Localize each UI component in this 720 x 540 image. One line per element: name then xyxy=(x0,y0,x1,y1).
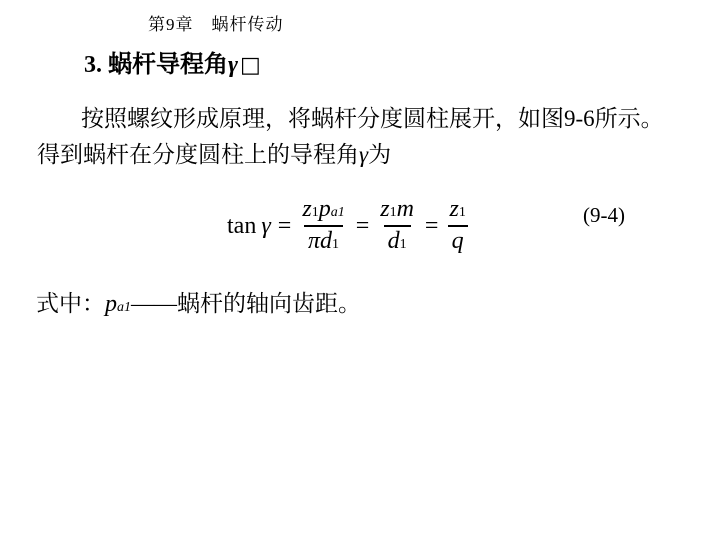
paragraph-line-1: 按照螺纹形成原理，将蜗杆分度圆柱展开，如图9-6所示。 xyxy=(81,100,664,133)
section-heading: 3. 蜗杆导程角γ□ xyxy=(84,44,261,79)
slide: 第9章 蜗杆传动 3. 蜗杆导程角γ□ 按照螺纹形成原理，将蜗杆分度圆柱展开，如… xyxy=(0,0,720,540)
equals-sign: = xyxy=(278,213,292,240)
fraction-3-denominator: q xyxy=(448,225,468,256)
var-z-subscript: 1 xyxy=(390,205,397,220)
equals-sign: = xyxy=(425,213,439,240)
fraction-1-denominator: πd1 xyxy=(304,225,343,256)
var-d: d xyxy=(388,228,400,254)
var-d-subscript: 1 xyxy=(400,237,407,252)
gamma-symbol: γ xyxy=(359,142,368,167)
paragraph-line-2-text: 得到蜗杆在分度圆柱上的导程角 xyxy=(37,142,359,167)
where-clause: 式中：pa1——蜗杆的轴向齿距。 xyxy=(36,285,361,318)
var-z: z xyxy=(380,196,389,222)
var-m: m xyxy=(397,196,414,222)
where-prefix: 式中： xyxy=(36,291,105,316)
missing-glyph-box: □ xyxy=(240,53,261,78)
var-p-subscript: a1 xyxy=(117,300,131,315)
var-p-subscript: a1 xyxy=(331,205,345,220)
gamma-symbol: γ xyxy=(228,52,238,78)
var-p: p xyxy=(319,196,331,222)
fraction-2-numerator: z1m xyxy=(376,196,418,225)
fraction-3: z1 q xyxy=(445,196,469,255)
section-heading-text: 3. 蜗杆导程角 xyxy=(84,52,228,78)
fraction-1: z1pa1 πd1 xyxy=(298,196,348,255)
var-z: z xyxy=(449,196,458,222)
var-d: d xyxy=(320,228,332,254)
fraction-3-numerator: z1 xyxy=(445,196,469,225)
var-z: z xyxy=(302,196,311,222)
paragraph-line-2-suffix: 为 xyxy=(368,142,391,167)
var-z-subscript: 1 xyxy=(312,205,319,220)
where-description: 蜗杆的轴向齿距。 xyxy=(177,291,361,316)
gamma-symbol: γ xyxy=(261,213,270,240)
equation-9-4: tan γ = z1pa1 πd1 = z1m d1 = z1 xyxy=(227,190,470,262)
fraction-1-numerator: z1pa1 xyxy=(298,196,348,225)
paragraph-line-2: 得到蜗杆在分度圆柱上的导程角γ为 xyxy=(37,136,391,169)
var-d-subscript: 1 xyxy=(332,237,339,252)
fraction-2: z1m d1 xyxy=(376,196,418,255)
tan-function: tan xyxy=(227,213,256,240)
pi-symbol: π xyxy=(308,228,320,254)
equals-sign: = xyxy=(356,213,370,240)
equation-number: (9-4) xyxy=(583,203,625,228)
where-dash: —— xyxy=(131,291,177,316)
var-p: p xyxy=(105,291,117,317)
chapter-title: 第9章 蜗杆传动 xyxy=(148,10,284,35)
var-z-subscript: 1 xyxy=(459,205,466,220)
var-q: q xyxy=(452,228,464,254)
fraction-2-denominator: d1 xyxy=(384,225,411,256)
